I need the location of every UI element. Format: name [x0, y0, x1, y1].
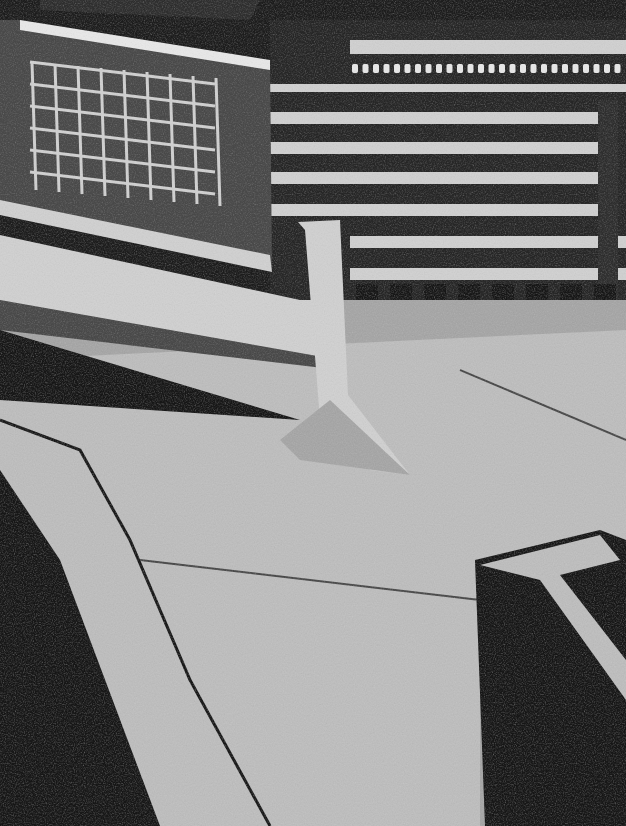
roof-balustrade [457, 64, 463, 73]
architecture-photo: Black-and-white photo of modernist build… [0, 0, 626, 826]
roof-balustrade [394, 64, 400, 73]
facade-band [350, 268, 626, 280]
roof-balustrade [363, 64, 369, 73]
facade-band [350, 236, 626, 248]
roof-balustrade [615, 64, 621, 73]
roof-balustrade [552, 64, 558, 73]
roof-balustrade [510, 64, 516, 73]
roof-balustrade [531, 64, 537, 73]
roof-balustrade [562, 64, 568, 73]
facade-band [270, 142, 600, 154]
roof-balustrade [604, 64, 610, 73]
photo-canvas [0, 0, 626, 826]
roof-rail [350, 40, 626, 54]
roof-balustrade [405, 64, 411, 73]
roof-balustrade [426, 64, 432, 73]
roof-balustrade [583, 64, 589, 73]
band [270, 84, 626, 92]
roof-balustrade [468, 64, 474, 73]
roof-balustrade [447, 64, 453, 73]
facade-band [270, 112, 600, 124]
roof-balustrade [573, 64, 579, 73]
roof-balustrade [489, 64, 495, 73]
roof-balustrade [352, 64, 358, 73]
roof-balustrade [499, 64, 505, 73]
roof-balustrade [436, 64, 442, 73]
roof-balustrade [478, 64, 484, 73]
roof-balustrade [373, 64, 379, 73]
roof-balustrade [384, 64, 390, 73]
facade-band [270, 172, 600, 184]
facade-band [270, 204, 600, 216]
roof-balustrade [520, 64, 526, 73]
roof-balustrade [541, 64, 547, 73]
roof-balustrade [415, 64, 421, 73]
roof-balustrade [594, 64, 600, 73]
